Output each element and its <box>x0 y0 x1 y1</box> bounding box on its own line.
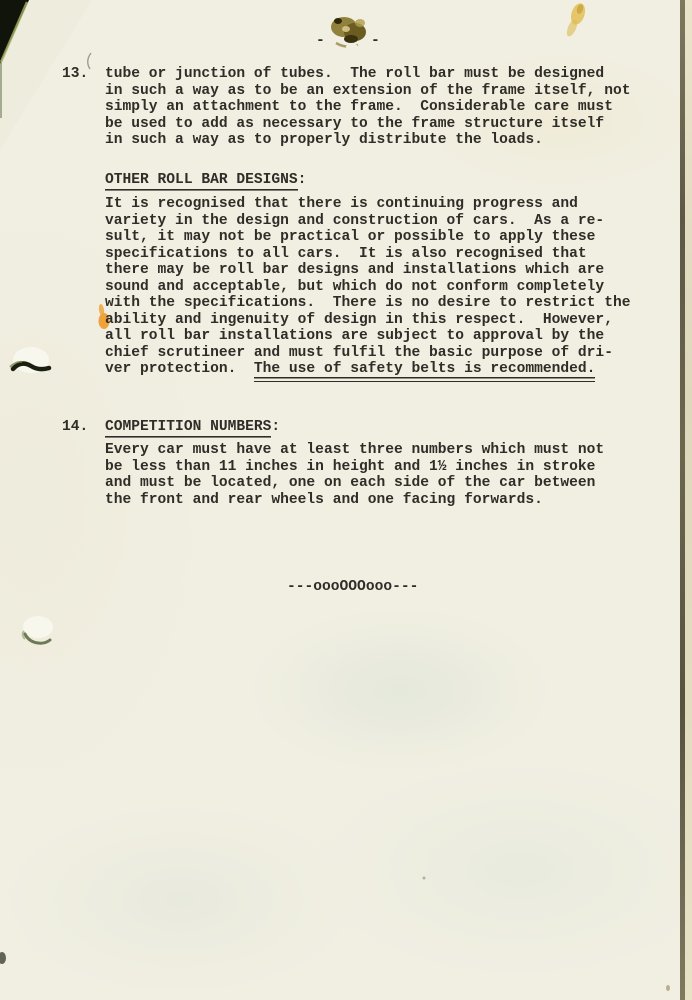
scanned-document-page: - - 13. tube or junction of tubes. The r… <box>0 0 692 1000</box>
body-line: in such a way as to be an extension of t… <box>105 83 630 100</box>
ink-stain <box>331 17 366 51</box>
body-line: chief scrutineer and must fulfil the bas… <box>105 345 630 362</box>
body-line: there may be roll bar designs and instal… <box>105 262 630 279</box>
subheading-text: OTHER ROLL BAR DESIGNS <box>105 172 298 191</box>
heading-competition-numbers: COMPETITION NUMBERS: <box>105 419 280 436</box>
body-line: be less than 11 inches in height and 1½ … <box>105 459 604 476</box>
safety-belts-emphasis: The use of safety belts is recommended. <box>254 361 596 382</box>
section14-paragraph: Every car must have at least three numbe… <box>105 442 604 508</box>
body-line: and must be located, one on each side of… <box>105 475 604 492</box>
body-line: be used to add as necessary to the frame… <box>105 116 630 133</box>
body-line: all roll bar installations are subject t… <box>105 328 630 345</box>
body-line: the front and rear wheels and one facing… <box>105 492 604 509</box>
subheading-colon: : <box>298 172 307 188</box>
page-number-left-dash: - <box>316 33 325 50</box>
body-text: ver protection. <box>105 361 254 377</box>
section-number-14: 14. <box>62 419 88 436</box>
body-line: It is recognised that there is continuin… <box>105 196 630 213</box>
subheading-other-roll-bar-designs: OTHER ROLL BAR DESIGNS: <box>105 172 306 189</box>
body-line: specifications to all cars. It is also r… <box>105 246 630 263</box>
end-divider: ---oooOOOooo--- <box>287 579 418 596</box>
page-number-right-dash: - <box>371 33 380 50</box>
section13-paragraph1: tube or junction of tubes. The roll bar … <box>105 66 630 149</box>
body-line: variety in the design and construction o… <box>105 213 630 230</box>
heading-colon: : <box>271 419 280 435</box>
speck <box>666 985 670 991</box>
body-line: sult, it may not be practical or possibl… <box>105 229 630 246</box>
page-edge-line <box>680 0 685 1000</box>
body-line: simply an attachment to the frame. Consi… <box>105 99 630 116</box>
body-line: ability and ingenuity of design in this … <box>105 312 630 329</box>
heading-text: COMPETITION NUMBERS <box>105 419 271 438</box>
body-line: sound and acceptable, but which do not c… <box>105 279 630 296</box>
section13-paragraph2: It is recognised that there is continuin… <box>105 196 630 378</box>
section-number-13: 13. <box>62 66 88 83</box>
yellow-stain <box>565 2 588 38</box>
body-line: tube or junction of tubes. The roll bar … <box>105 66 630 83</box>
punch-hole-bottom <box>23 616 53 643</box>
speck <box>0 952 6 964</box>
body-line: Every car must have at least three numbe… <box>105 442 604 459</box>
body-line: ver protection. The use of safety belts … <box>105 361 630 378</box>
page-right-margin-strip <box>685 0 692 1000</box>
body-line: with the specifications. There is no des… <box>105 295 630 312</box>
body-line: in such a way as to properly distribute … <box>105 132 630 149</box>
speck <box>423 877 426 880</box>
punch-hole-top <box>10 347 49 373</box>
